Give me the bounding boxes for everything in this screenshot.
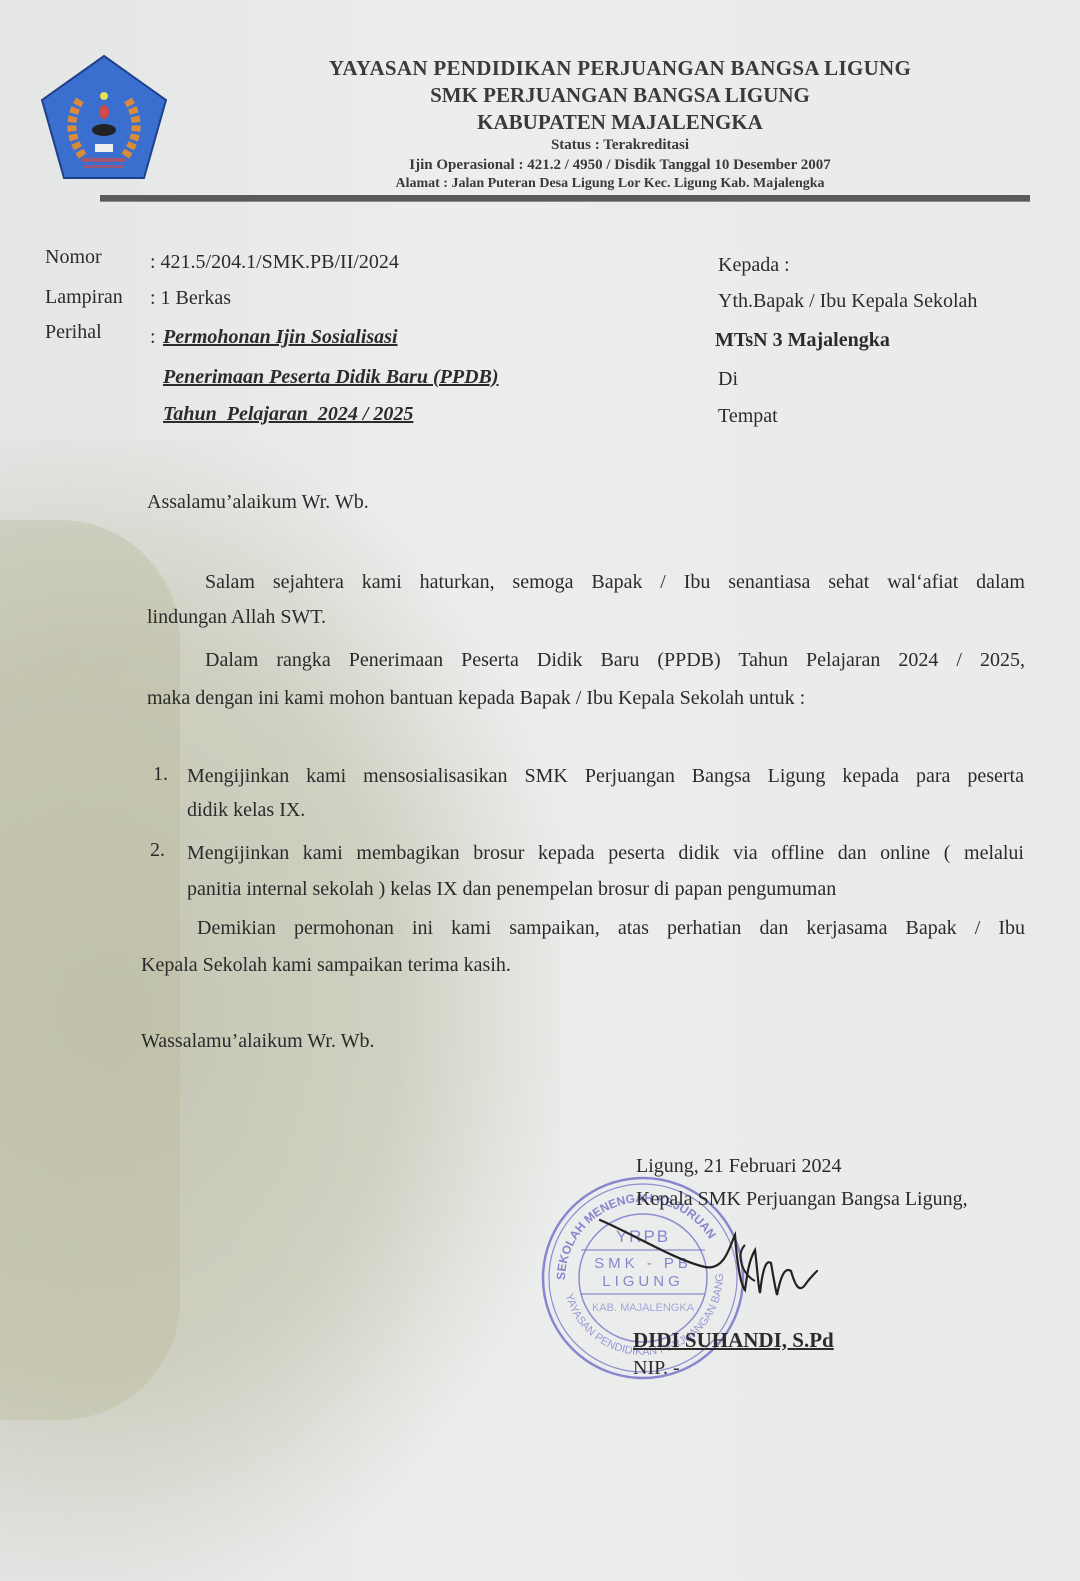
letterhead-permit: Ijin Operasional : 421.2 / 4950 / Disdik… xyxy=(200,157,1040,174)
list-item-1-line2: didik kelas IX. xyxy=(187,800,305,820)
perihal-line-2: Penerimaan Peserta Didik Baru (PPDB) xyxy=(163,366,499,389)
perihal-label: Perihal xyxy=(45,321,102,344)
para1-line2: lindungan Allah SWT. xyxy=(147,607,326,627)
recipient-di: Di xyxy=(718,368,738,391)
list-item-2-line2: panitia internal sekolah ) kelas IX dan … xyxy=(187,879,836,899)
list-item-2-number: 2. xyxy=(150,840,165,860)
closing-line2: Kepala Sekolah kami sampaikan terima kas… xyxy=(141,955,511,975)
para1-line1: Salam sejahtera kami haturkan, semoga Ba… xyxy=(205,572,1025,592)
nomor-label: Nomor xyxy=(45,246,102,269)
perihal-line-1: Permohonan Ijin Sosialisasi xyxy=(163,326,398,349)
farewell: Wassalamu’alaikum Wr. Wb. xyxy=(141,1031,374,1051)
signatory-nip: NIP. - xyxy=(633,1358,680,1378)
nomor-value: : 421.5/204.1/SMK.PB/II/2024 xyxy=(150,251,399,274)
list-item-1-line1: Mengijinkan kami mensosialisasikan SMK P… xyxy=(187,766,1024,786)
perihal-colon: : xyxy=(150,326,156,349)
para2-line2: maka dengan ini kami mohon bantuan kepad… xyxy=(147,688,805,708)
letterhead-address: Alamat : Jalan Puteran Desa Ligung Lor K… xyxy=(190,176,1030,192)
perihal-line-3: Tahun Pelajaran 2024 / 2025 xyxy=(163,403,413,426)
letterhead-status: Status : Terakreditasi xyxy=(200,137,1040,154)
letterhead-divider xyxy=(100,195,1030,201)
school-emblem-pentagon-icon xyxy=(38,52,170,184)
list-item-1-number: 1. xyxy=(153,764,168,784)
lampiran-label: Lampiran xyxy=(45,286,123,309)
recipient-tempat: Tempat xyxy=(718,405,778,428)
closing-line1: Demikian permohonan ini kami sampaikan, … xyxy=(197,918,1025,938)
greeting: Assalamu’alaikum Wr. Wb. xyxy=(147,492,369,512)
handwritten-signature-icon xyxy=(595,1205,835,1315)
para2-line1: Dalam rangka Penerimaan Peserta Didik Ba… xyxy=(205,650,1025,670)
recipient-name: MTsN 3 Majalengka xyxy=(715,329,890,352)
signature-place-date: Ligung, 21 Februari 2024 xyxy=(636,1156,842,1176)
letterhead-foundation: YAYASAN PENDIDIKAN PERJUANGAN BANGSA LIG… xyxy=(200,56,1040,81)
list-item-2-line1: Mengijinkan kami membagikan brosur kepad… xyxy=(187,843,1024,863)
lampiran-value: : 1 Berkas xyxy=(150,287,231,310)
recipient-yth: Yth.Bapak / Ibu Kepala Sekolah xyxy=(718,290,977,313)
letterhead-regency: KABUPATEN MAJALENGKA xyxy=(200,110,1040,135)
recipient-kepada: Kepada : xyxy=(718,254,790,277)
signatory-name: DIDI SUHANDI, S.Pd xyxy=(633,1330,834,1351)
letterhead-school: SMK PERJUANGAN BANGSA LIGUNG xyxy=(200,83,1040,108)
